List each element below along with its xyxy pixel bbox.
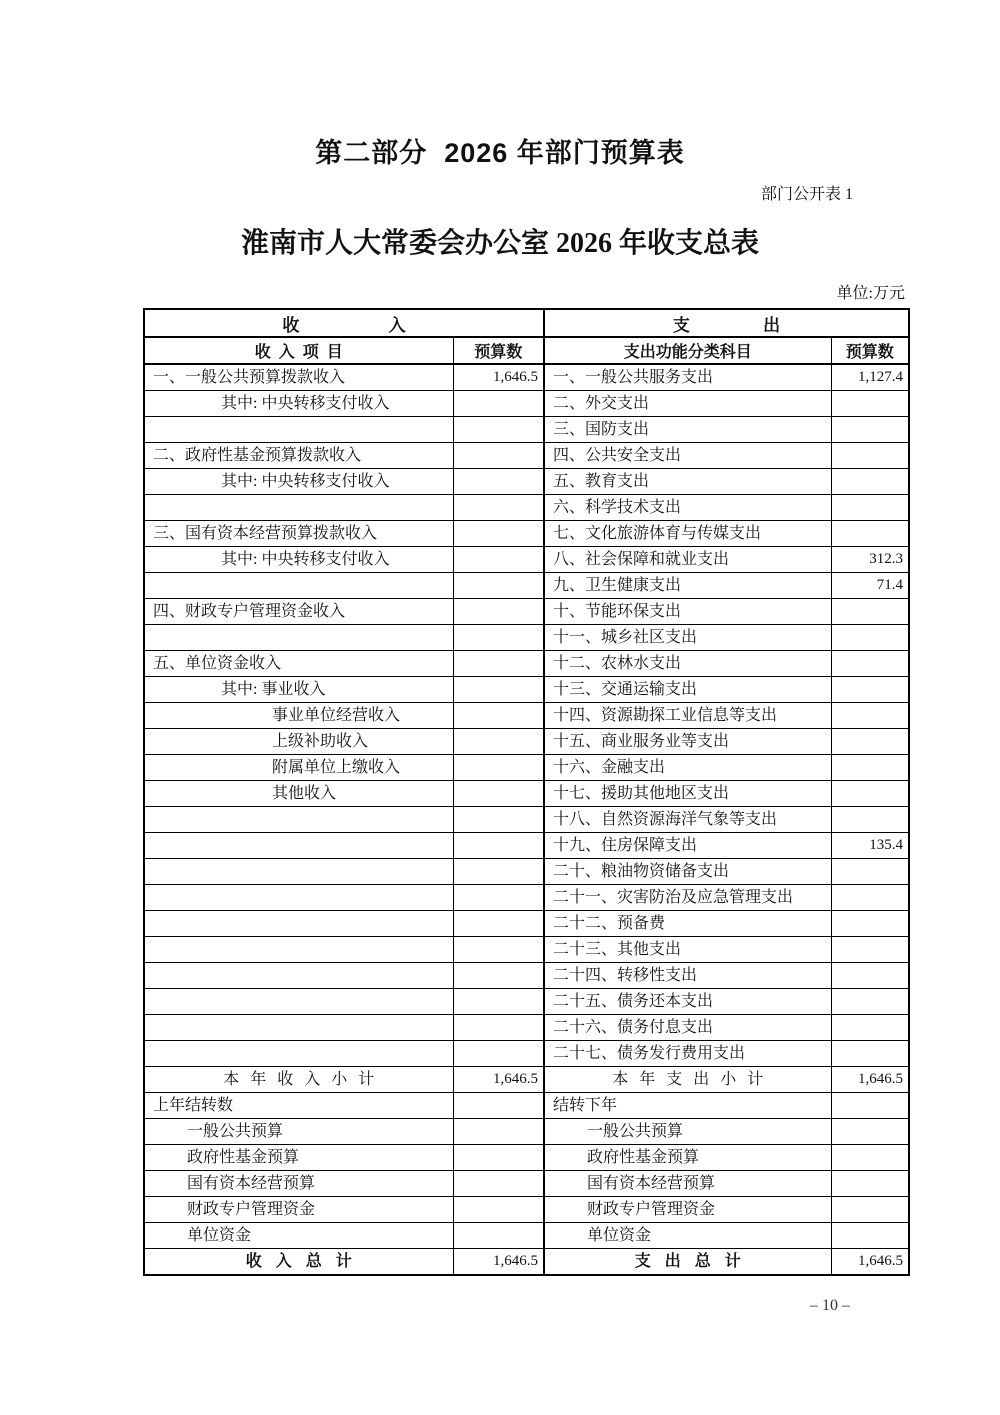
expense-item-cell: 十五、商业服务业等支出 — [544, 729, 831, 755]
income-item-cell: 三、国有资本经营预算拨款收入 — [144, 521, 453, 547]
table-row: 二十、粮油物资储备支出 — [144, 859, 909, 885]
income-item-cell: 单位资金 — [144, 1223, 453, 1249]
income-item-cell: 上年结转数 — [144, 1093, 453, 1119]
expense-budget-cell — [831, 755, 909, 781]
expense-item-cell: 二十一、灾害防治及应急管理支出 — [544, 885, 831, 911]
expense-item-cell: 十一、城乡社区支出 — [544, 625, 831, 651]
income-budget-cell — [453, 911, 544, 937]
income-budget-cell: 1,646.5 — [453, 1249, 544, 1276]
expense-budget-cell — [831, 911, 909, 937]
section-header-row: 收 入 支 出 — [144, 309, 909, 337]
income-item-cell: 收 入 总 计 — [144, 1249, 453, 1276]
budget-table-body: 一、一般公共预算拨款收入1,646.5一、一般公共服务支出1,127.4其中: … — [144, 364, 909, 1275]
table-row: 三、国有资本经营预算拨款收入七、文化旅游体育与传媒支出 — [144, 521, 909, 547]
income-item-cell — [144, 989, 453, 1015]
expense-budget-cell: 1,646.5 — [831, 1067, 909, 1093]
income-item-cell — [144, 1015, 453, 1041]
income-item-cell: 一、一般公共预算拨款收入 — [144, 364, 453, 391]
column-header-row: 收 入 项 目 预算数 支出功能分类科目 预算数 — [144, 337, 909, 364]
unit-note: 单位:万元 — [143, 280, 905, 303]
income-item-cell — [144, 417, 453, 443]
income-item-cell: 五、单位资金收入 — [144, 651, 453, 677]
income-budget-column-header: 预算数 — [453, 337, 544, 364]
income-item-cell: 上级补助收入 — [144, 729, 453, 755]
income-budget-cell: 1,646.5 — [453, 1067, 544, 1093]
expense-budget-cell — [831, 937, 909, 963]
table-row: 一般公共预算一般公共预算 — [144, 1119, 909, 1145]
income-budget-cell — [453, 1223, 544, 1249]
table-row: 本 年 收 入 小 计1,646.5本 年 支 出 小 计1,646.5 — [144, 1067, 909, 1093]
table-row: 二十六、债务付息支出 — [144, 1015, 909, 1041]
expense-budget-cell — [831, 859, 909, 885]
page-number: – 10 – — [700, 1297, 960, 1315]
expense-item-cell: 十八、自然资源海洋气象等支出 — [544, 807, 831, 833]
income-budget-cell — [453, 417, 544, 443]
expense-budget-cell — [831, 469, 909, 495]
expense-budget-cell — [831, 807, 909, 833]
table-row: 政府性基金预算政府性基金预算 — [144, 1145, 909, 1171]
income-item-cell: 政府性基金预算 — [144, 1145, 453, 1171]
table-row: 二十七、债务发行费用支出 — [144, 1041, 909, 1067]
table-title: 淮南市人大常委会办公室 2026 年收支总表 — [0, 221, 1000, 261]
expense-item-cell: 单位资金 — [544, 1223, 831, 1249]
expense-budget-cell: 71.4 — [831, 573, 909, 599]
table-row: 附属单位上缴收入十六、金融支出 — [144, 755, 909, 781]
expense-budget-cell — [831, 443, 909, 469]
income-item-cell — [144, 859, 453, 885]
table-row: 十一、城乡社区支出 — [144, 625, 909, 651]
expense-budget-cell — [831, 1041, 909, 1067]
income-budget-cell — [453, 547, 544, 573]
expense-item-cell: 政府性基金预算 — [544, 1145, 831, 1171]
expense-budget-cell — [831, 1119, 909, 1145]
expense-budget-cell: 1,646.5 — [831, 1249, 909, 1276]
table-row: 其他收入十七、援助其他地区支出 — [144, 781, 909, 807]
income-budget-cell — [453, 963, 544, 989]
expense-budget-cell — [831, 1145, 909, 1171]
table-row: 二十四、转移性支出 — [144, 963, 909, 989]
income-item-cell: 二、政府性基金预算拨款收入 — [144, 443, 453, 469]
table-row: 其中: 中央转移支付收入五、教育支出 — [144, 469, 909, 495]
table-row: 二、政府性基金预算拨款收入四、公共安全支出 — [144, 443, 909, 469]
income-budget-cell — [453, 625, 544, 651]
page-title: 第二部分 2026 年部门预算表 — [0, 131, 1000, 170]
table-row: 其中: 事业收入十三、交通运输支出 — [144, 677, 909, 703]
expense-item-cell: 十三、交通运输支出 — [544, 677, 831, 703]
expense-budget-cell — [831, 963, 909, 989]
income-budget-cell — [453, 833, 544, 859]
expense-budget-cell — [831, 703, 909, 729]
expense-item-cell: 二十四、转移性支出 — [544, 963, 831, 989]
expense-item-cell: 七、文化旅游体育与传媒支出 — [544, 521, 831, 547]
table-row: 十九、住房保障支出135.4 — [144, 833, 909, 859]
income-item-cell: 附属单位上缴收入 — [144, 755, 453, 781]
expense-budget-cell — [831, 521, 909, 547]
table-row: 上级补助收入十五、商业服务业等支出 — [144, 729, 909, 755]
expense-item-cell: 二十五、债务还本支出 — [544, 989, 831, 1015]
income-budget-cell — [453, 1119, 544, 1145]
table-row: 九、卫生健康支出71.4 — [144, 573, 909, 599]
expense-item-cell: 支 出 总 计 — [544, 1249, 831, 1276]
expense-budget-cell — [831, 651, 909, 677]
expense-budget-cell — [831, 1171, 909, 1197]
income-item-cell — [144, 885, 453, 911]
table-row: 二十一、灾害防治及应急管理支出 — [144, 885, 909, 911]
income-budget-cell — [453, 807, 544, 833]
income-item-cell — [144, 573, 453, 599]
expense-item-cell: 二十二、预备费 — [544, 911, 831, 937]
expense-item-cell: 二十六、债务付息支出 — [544, 1015, 831, 1041]
income-budget-cell — [453, 443, 544, 469]
expense-item-cell: 二十、粮油物资储备支出 — [544, 859, 831, 885]
expense-item-cell: 十六、金融支出 — [544, 755, 831, 781]
expense-item-cell: 财政专户管理资金 — [544, 1197, 831, 1223]
income-budget-cell — [453, 1197, 544, 1223]
income-item-cell: 其中: 中央转移支付收入 — [144, 469, 453, 495]
table-row: 其中: 中央转移支付收入二、外交支出 — [144, 391, 909, 417]
expense-item-cell: 五、教育支出 — [544, 469, 831, 495]
expense-budget-cell — [831, 1093, 909, 1119]
expense-section-header: 支 出 — [544, 309, 909, 337]
income-item-cell — [144, 963, 453, 989]
expense-item-cell: 十四、资源勘探工业信息等支出 — [544, 703, 831, 729]
table-row: 三、国防支出 — [144, 417, 909, 443]
table-public-label: 部门公开表 1 — [0, 181, 853, 204]
income-budget-cell — [453, 885, 544, 911]
expense-budget-cell — [831, 599, 909, 625]
expense-budget-cell — [831, 989, 909, 1015]
expense-item-cell: 三、国防支出 — [544, 417, 831, 443]
income-budget-cell — [453, 729, 544, 755]
income-item-cell: 一般公共预算 — [144, 1119, 453, 1145]
income-item-cell — [144, 495, 453, 521]
expense-item-cell: 六、科学技术支出 — [544, 495, 831, 521]
table-row: 十八、自然资源海洋气象等支出 — [144, 807, 909, 833]
table-row: 国有资本经营预算国有资本经营预算 — [144, 1171, 909, 1197]
table-row: 财政专户管理资金财政专户管理资金 — [144, 1197, 909, 1223]
expense-item-cell: 二十三、其他支出 — [544, 937, 831, 963]
income-item-cell: 本 年 收 入 小 计 — [144, 1067, 453, 1093]
expense-item-cell: 二十七、债务发行费用支出 — [544, 1041, 831, 1067]
income-budget-cell: 1,646.5 — [453, 364, 544, 391]
expense-budget-cell — [831, 625, 909, 651]
income-budget-cell — [453, 755, 544, 781]
table-row: 二十五、债务还本支出 — [144, 989, 909, 1015]
income-budget-cell — [453, 469, 544, 495]
income-item-cell: 事业单位经营收入 — [144, 703, 453, 729]
table-row: 收 入 总 计1,646.5支 出 总 计1,646.5 — [144, 1249, 909, 1276]
expense-item-cell: 一、一般公共服务支出 — [544, 364, 831, 391]
expense-budget-cell — [831, 1223, 909, 1249]
expense-budget-cell — [831, 495, 909, 521]
income-budget-cell — [453, 1093, 544, 1119]
expense-budget-cell — [831, 781, 909, 807]
income-budget-cell — [453, 599, 544, 625]
expense-budget-cell — [831, 729, 909, 755]
income-budget-cell — [453, 495, 544, 521]
income-item-column-header: 收 入 项 目 — [144, 337, 453, 364]
income-item-cell — [144, 833, 453, 859]
income-item-cell: 财政专户管理资金 — [144, 1197, 453, 1223]
income-item-cell: 其他收入 — [144, 781, 453, 807]
table-row: 二十二、预备费 — [144, 911, 909, 937]
table-row: 其中: 中央转移支付收入八、社会保障和就业支出312.3 — [144, 547, 909, 573]
expense-budget-cell: 1,127.4 — [831, 364, 909, 391]
income-budget-cell — [453, 703, 544, 729]
table-row: 一、一般公共预算拨款收入1,646.5一、一般公共服务支出1,127.4 — [144, 364, 909, 391]
income-item-cell — [144, 625, 453, 651]
table-row: 四、财政专户管理资金收入十、节能环保支出 — [144, 599, 909, 625]
income-budget-cell — [453, 1171, 544, 1197]
expense-item-cell: 十七、援助其他地区支出 — [544, 781, 831, 807]
income-budget-cell — [453, 521, 544, 547]
income-budget-cell — [453, 989, 544, 1015]
income-item-cell: 四、财政专户管理资金收入 — [144, 599, 453, 625]
expense-budget-cell — [831, 677, 909, 703]
income-item-cell — [144, 911, 453, 937]
expense-budget-cell: 135.4 — [831, 833, 909, 859]
income-item-cell — [144, 807, 453, 833]
income-item-cell: 国有资本经营预算 — [144, 1171, 453, 1197]
table-row: 二十三、其他支出 — [144, 937, 909, 963]
table-header: 收 入 支 出 收 入 项 目 预算数 支出功能分类科目 预算数 — [144, 309, 909, 364]
expense-item-cell: 九、卫生健康支出 — [544, 573, 831, 599]
income-budget-cell — [453, 573, 544, 599]
table-row: 六、科学技术支出 — [144, 495, 909, 521]
income-section-header: 收 入 — [144, 309, 544, 337]
income-budget-cell — [453, 781, 544, 807]
expense-item-cell: 一般公共预算 — [544, 1119, 831, 1145]
expense-budget-cell — [831, 417, 909, 443]
income-budget-cell — [453, 1015, 544, 1041]
table-row: 单位资金单位资金 — [144, 1223, 909, 1249]
expense-item-cell: 八、社会保障和就业支出 — [544, 547, 831, 573]
expense-budget-cell — [831, 885, 909, 911]
income-budget-cell — [453, 859, 544, 885]
expense-item-cell: 四、公共安全支出 — [544, 443, 831, 469]
income-item-cell: 其中: 事业收入 — [144, 677, 453, 703]
expense-item-cell: 十九、住房保障支出 — [544, 833, 831, 859]
budget-summary-table: 收 入 支 出 收 入 项 目 预算数 支出功能分类科目 预算数 一、一般公共预… — [143, 308, 910, 1276]
expense-item-cell: 十、节能环保支出 — [544, 599, 831, 625]
expense-item-cell: 结转下年 — [544, 1093, 831, 1119]
expense-item-cell: 十二、农林水支出 — [544, 651, 831, 677]
income-item-cell: 其中: 中央转移支付收入 — [144, 391, 453, 417]
table-row: 五、单位资金收入十二、农林水支出 — [144, 651, 909, 677]
income-budget-cell — [453, 651, 544, 677]
expense-budget-column-header: 预算数 — [831, 337, 909, 364]
table-row: 事业单位经营收入十四、资源勘探工业信息等支出 — [144, 703, 909, 729]
income-item-cell: 其中: 中央转移支付收入 — [144, 547, 453, 573]
expense-budget-cell — [831, 1197, 909, 1223]
expense-budget-cell: 312.3 — [831, 547, 909, 573]
expense-budget-cell — [831, 391, 909, 417]
income-budget-cell — [453, 677, 544, 703]
income-item-cell — [144, 1041, 453, 1067]
expense-budget-cell — [831, 1015, 909, 1041]
expense-item-cell: 国有资本经营预算 — [544, 1171, 831, 1197]
income-budget-cell — [453, 1041, 544, 1067]
expense-item-column-header: 支出功能分类科目 — [544, 337, 831, 364]
income-budget-cell — [453, 937, 544, 963]
table-row: 上年结转数结转下年 — [144, 1093, 909, 1119]
income-budget-cell — [453, 1145, 544, 1171]
income-item-cell — [144, 937, 453, 963]
expense-item-cell: 本 年 支 出 小 计 — [544, 1067, 831, 1093]
expense-item-cell: 二、外交支出 — [544, 391, 831, 417]
income-budget-cell — [453, 391, 544, 417]
